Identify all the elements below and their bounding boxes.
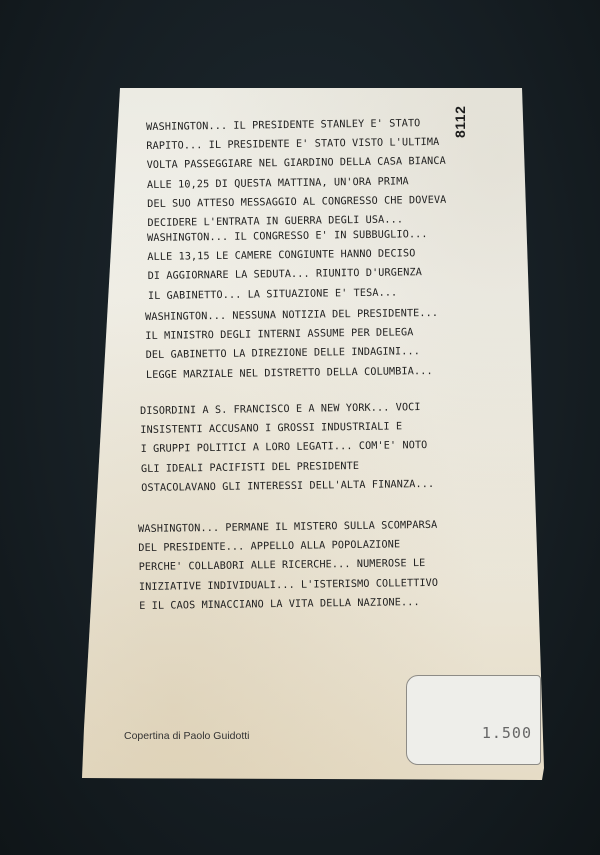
blurb-paragraph-1: WASHINGTON... IL PRESIDENTE STANLEY E' S… xyxy=(146,114,447,233)
price-value: 1.500 xyxy=(482,724,532,742)
blurb-paragraph-3: WASHINGTON... NESSUNA NOTIZIA DEL PRESID… xyxy=(145,304,439,385)
blurb-paragraph-2: WASHINGTON... IL CONGRESSO E' IN SUBBUGL… xyxy=(147,225,429,306)
blurb-paragraph-5: WASHINGTON... PERMANE IL MISTERO SULLA S… xyxy=(138,516,439,616)
cover-credit: Copertina di Paolo Guidotti xyxy=(124,730,250,742)
blurb-paragraph-4: DISORDINI A S. FRANCISCO E A NEW YORK...… xyxy=(140,398,434,498)
catalog-number: 8112 xyxy=(452,106,468,138)
price-tag: 1.500 xyxy=(406,675,541,765)
